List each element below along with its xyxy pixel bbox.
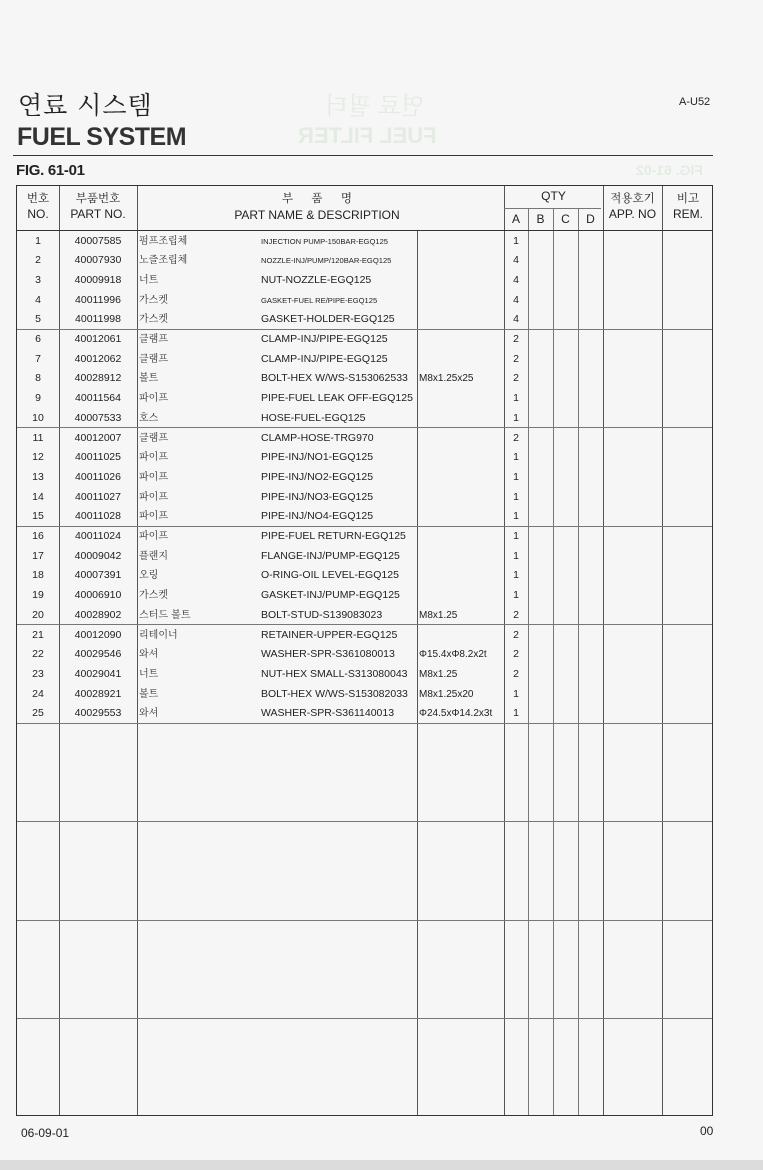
header-part-no: PART NO. bbox=[59, 207, 137, 222]
header-part-korean: 부품번호 bbox=[59, 191, 137, 206]
part-description: GASKET-HOLDER-EGQ125 bbox=[261, 310, 417, 330]
item-number: 8 bbox=[17, 369, 59, 389]
ghost-title-ko: 연료 필터 bbox=[325, 86, 424, 121]
part-name-korean: 오링 bbox=[139, 566, 257, 586]
qty-a: 1 bbox=[504, 448, 528, 468]
table-row: 2140012090리테이너RETAINER-UPPER-EGQ1252 bbox=[17, 626, 714, 646]
part-spec: M8x1.25x20 bbox=[419, 685, 505, 705]
part-description: GASKET-INJ/PUMP-EGQ125 bbox=[261, 586, 417, 606]
qty-a: 1 bbox=[504, 527, 528, 547]
part-number: 40028902 bbox=[59, 606, 137, 626]
part-number: 40011564 bbox=[59, 389, 137, 409]
qty-a: 1 bbox=[504, 586, 528, 606]
item-number: 19 bbox=[17, 586, 59, 606]
qty-a: 1 bbox=[504, 704, 528, 724]
part-spec bbox=[419, 488, 505, 508]
table-row: 840028912볼트BOLT-HEX W/WS-S153062533M8x1.… bbox=[17, 369, 714, 389]
part-name-korean: 와셔 bbox=[139, 704, 257, 724]
title-divider bbox=[13, 155, 713, 156]
part-number: 40007585 bbox=[59, 232, 137, 252]
item-number: 17 bbox=[17, 547, 59, 567]
part-number: 40009918 bbox=[59, 271, 137, 291]
part-name-korean: 파이프 bbox=[139, 448, 257, 468]
part-name-korean: 파이프 bbox=[139, 468, 257, 488]
qty-a: 2 bbox=[504, 665, 528, 685]
header-name-korean: 부 품 명 bbox=[137, 191, 497, 206]
header-app-korean: 적용호기 bbox=[603, 191, 662, 206]
part-spec bbox=[419, 310, 505, 330]
part-spec bbox=[419, 330, 505, 350]
header-remarks: REM. bbox=[662, 207, 714, 222]
part-name-korean: 볼트 bbox=[139, 685, 257, 705]
qty-a: 2 bbox=[504, 645, 528, 665]
part-spec bbox=[419, 429, 505, 449]
part-number: 40011024 bbox=[59, 527, 137, 547]
part-spec bbox=[419, 626, 505, 646]
part-name-korean: 파이프 bbox=[139, 527, 257, 547]
item-number: 15 bbox=[17, 507, 59, 527]
part-number: 40028921 bbox=[59, 685, 137, 705]
part-spec bbox=[419, 409, 505, 429]
qty-a: 1 bbox=[504, 507, 528, 527]
header-no: NO. bbox=[17, 207, 59, 222]
table-row: 1740009042플랜지FLANGE-INJ/PUMP-EGQ1251 bbox=[17, 547, 714, 567]
part-number: 40028912 bbox=[59, 369, 137, 389]
part-spec bbox=[419, 507, 505, 527]
header-qty: QTY bbox=[504, 189, 603, 204]
part-description: CLAMP-HOSE-TRG970 bbox=[261, 429, 417, 449]
qty-a: 2 bbox=[504, 350, 528, 370]
table-row: 1640011024파이프PIPE-FUEL RETURN-EGQ1251 bbox=[17, 527, 714, 547]
part-number: 40007533 bbox=[59, 409, 137, 429]
part-description: WASHER-SPR-S361080013 bbox=[261, 645, 417, 665]
part-description: WASHER-SPR-S361140013 bbox=[261, 704, 417, 724]
item-number: 7 bbox=[17, 350, 59, 370]
part-number: 40029553 bbox=[59, 704, 137, 724]
part-name-korean: 가스켓 bbox=[139, 586, 257, 606]
qty-a: 1 bbox=[504, 566, 528, 586]
part-description: HOSE-FUEL-EGQ125 bbox=[261, 409, 417, 429]
item-number: 11 bbox=[17, 429, 59, 449]
header-qty-d: D bbox=[578, 212, 603, 227]
page-code: A-U52 bbox=[679, 96, 710, 108]
item-number: 1 bbox=[17, 232, 59, 252]
qty-a: 1 bbox=[504, 389, 528, 409]
item-number: 5 bbox=[17, 310, 59, 330]
part-name-korean: 클램프 bbox=[139, 350, 257, 370]
part-description: PIPE-INJ/NO4-EGQ125 bbox=[261, 507, 417, 527]
part-description: PIPE-FUEL RETURN-EGQ125 bbox=[261, 527, 417, 547]
part-description: O-RING-OIL LEVEL-EGQ125 bbox=[261, 566, 417, 586]
part-name-korean: 클램프 bbox=[139, 429, 257, 449]
page-title: FUEL SYSTEM bbox=[17, 123, 186, 152]
part-description: BOLT-STUD-S139083023 bbox=[261, 606, 417, 626]
table-row: 2240029546와셔WASHER-SPR-S361080013Φ15.4xΦ… bbox=[17, 645, 714, 665]
header-qty-b: B bbox=[528, 212, 553, 227]
header-no-korean: 번호 bbox=[17, 191, 59, 206]
part-description: NUT-HEX SMALL-S313080043 bbox=[261, 665, 417, 685]
table-row: 1840007391오링O-RING-OIL LEVEL-EGQ1251 bbox=[17, 566, 714, 586]
part-name-korean: 펌프조립체 bbox=[139, 232, 257, 252]
item-number: 13 bbox=[17, 468, 59, 488]
item-number: 20 bbox=[17, 606, 59, 626]
part-spec bbox=[419, 448, 505, 468]
item-number: 18 bbox=[17, 566, 59, 586]
group-divider bbox=[17, 920, 712, 921]
parts-table: 번호 NO. 부품번호 PART NO. 부 품 명 PART NAME & D… bbox=[16, 185, 713, 1116]
item-number: 23 bbox=[17, 665, 59, 685]
table-row: 940011564파이프PIPE-FUEL LEAK OFF-EGQ1251 bbox=[17, 389, 714, 409]
part-name-korean: 리테이너 bbox=[139, 626, 257, 646]
qty-a: 4 bbox=[504, 291, 528, 311]
part-spec bbox=[419, 389, 505, 409]
part-name-korean: 가스켓 bbox=[139, 291, 257, 311]
table-row: 1240011025파이프PIPE-INJ/NO1-EGQ1251 bbox=[17, 448, 714, 468]
group-divider bbox=[17, 1018, 712, 1019]
item-number: 16 bbox=[17, 527, 59, 547]
part-spec bbox=[419, 291, 505, 311]
qty-a: 2 bbox=[504, 330, 528, 350]
qty-a: 2 bbox=[504, 429, 528, 449]
table-row: 340009918너트NUT-NOZZLE-EGQ1254 bbox=[17, 271, 714, 291]
part-description: NUT-NOZZLE-EGQ125 bbox=[261, 271, 417, 291]
header-qty-a: A bbox=[504, 212, 528, 227]
qty-a: 1 bbox=[504, 232, 528, 252]
header-part-name: PART NAME & DESCRIPTION bbox=[137, 208, 497, 223]
part-number: 40029041 bbox=[59, 665, 137, 685]
figure-label: FIG. 61-01 bbox=[16, 162, 85, 179]
part-name-korean: 스터드 볼트 bbox=[139, 606, 257, 626]
part-spec: M8x1.25 bbox=[419, 665, 505, 685]
part-spec bbox=[419, 566, 505, 586]
item-number: 6 bbox=[17, 330, 59, 350]
table-row: 1340011026파이프PIPE-INJ/NO2-EGQ1251 bbox=[17, 468, 714, 488]
table-row: 2340029041너트NUT-HEX SMALL-S313080043M8x1… bbox=[17, 665, 714, 685]
part-description: BOLT-HEX W/WS-S153062533 bbox=[261, 369, 417, 389]
item-number: 21 bbox=[17, 626, 59, 646]
part-description: RETAINER-UPPER-EGQ125 bbox=[261, 626, 417, 646]
part-spec: M8x1.25x25 bbox=[419, 369, 505, 389]
page-title-korean: 연료 시스템 bbox=[18, 86, 153, 122]
qty-a: 4 bbox=[504, 310, 528, 330]
footer-date: 06-09-01 bbox=[21, 1126, 69, 1140]
part-description: CLAMP-INJ/PIPE-EGQ125 bbox=[261, 350, 417, 370]
table-row: 440011996가스켓GASKET-FUEL RE/PIPE-EGQ1254 bbox=[17, 291, 714, 311]
part-number: 40009042 bbox=[59, 547, 137, 567]
part-spec bbox=[419, 547, 505, 567]
header-rem-korean: 비고 bbox=[662, 191, 714, 206]
part-spec bbox=[419, 350, 505, 370]
ghost-title-en: FUEL FILTER bbox=[298, 123, 437, 149]
footer-revision: 00 bbox=[700, 1124, 713, 1138]
table-row: 2040028902스터드 볼트BOLT-STUD-S139083023M8x1… bbox=[17, 606, 714, 626]
table-row: 1540011028파이프PIPE-INJ/NO4-EGQ1251 bbox=[17, 507, 714, 527]
part-name-korean: 클램프 bbox=[139, 330, 257, 350]
table-row: 1940006910가스켓GASKET-INJ/PUMP-EGQ1251 bbox=[17, 586, 714, 606]
item-number: 24 bbox=[17, 685, 59, 705]
part-name-korean: 너트 bbox=[139, 271, 257, 291]
part-spec bbox=[419, 527, 505, 547]
qty-a: 4 bbox=[504, 271, 528, 291]
part-description: INJECTION PUMP-150BAR-EGQ125 bbox=[261, 232, 417, 252]
part-name-korean: 너트 bbox=[139, 665, 257, 685]
part-number: 40007391 bbox=[59, 566, 137, 586]
part-number: 40029546 bbox=[59, 645, 137, 665]
part-number: 40006910 bbox=[59, 586, 137, 606]
qty-subheader-line bbox=[504, 208, 601, 209]
part-spec bbox=[419, 251, 505, 271]
part-description: PIPE-INJ/NO2-EGQ125 bbox=[261, 468, 417, 488]
part-number: 40007930 bbox=[59, 251, 137, 271]
part-description: CLAMP-INJ/PIPE-EGQ125 bbox=[261, 330, 417, 350]
table-row: 240007930노즐조립체NOZZLE-INJ/PUMP/120BAR-EGQ… bbox=[17, 251, 714, 271]
part-spec bbox=[419, 586, 505, 606]
part-spec: M8x1.25 bbox=[419, 606, 505, 626]
qty-a: 4 bbox=[504, 251, 528, 271]
part-name-korean: 파이프 bbox=[139, 488, 257, 508]
table-row: 1040007533호스HOSE-FUEL-EGQ1251 bbox=[17, 409, 714, 429]
part-description: PIPE-INJ/NO1-EGQ125 bbox=[261, 448, 417, 468]
part-name-korean: 파이프 bbox=[139, 507, 257, 527]
part-number: 40011996 bbox=[59, 291, 137, 311]
part-name-korean: 와셔 bbox=[139, 645, 257, 665]
part-description: FLANGE-INJ/PUMP-EGQ125 bbox=[261, 547, 417, 567]
scan-edge bbox=[0, 1160, 763, 1170]
item-number: 4 bbox=[17, 291, 59, 311]
table-row: 140007585펌프조립체INJECTION PUMP-150BAR-EGQ1… bbox=[17, 232, 714, 252]
item-number: 3 bbox=[17, 271, 59, 291]
table-row: 740012062클램프CLAMP-INJ/PIPE-EGQ1252 bbox=[17, 350, 714, 370]
item-number: 9 bbox=[17, 389, 59, 409]
qty-a: 2 bbox=[504, 369, 528, 389]
part-description: BOLT-HEX W/WS-S153082033 bbox=[261, 685, 417, 705]
item-number: 25 bbox=[17, 704, 59, 724]
qty-a: 1 bbox=[504, 547, 528, 567]
part-number: 40011027 bbox=[59, 488, 137, 508]
part-number: 40011026 bbox=[59, 468, 137, 488]
part-number: 40012061 bbox=[59, 330, 137, 350]
table-row: 2540029553와셔WASHER-SPR-S361140013Φ24.5xΦ… bbox=[17, 704, 714, 724]
qty-a: 2 bbox=[504, 606, 528, 626]
qty-a: 2 bbox=[504, 626, 528, 646]
qty-a: 1 bbox=[504, 488, 528, 508]
part-number: 40011025 bbox=[59, 448, 137, 468]
part-name-korean: 노즐조립체 bbox=[139, 251, 257, 271]
header-qty-c: C bbox=[553, 212, 578, 227]
header-app-no: APP. NO bbox=[603, 207, 662, 222]
part-description: GASKET-FUEL RE/PIPE-EGQ125 bbox=[261, 291, 417, 311]
item-number: 12 bbox=[17, 448, 59, 468]
part-name-korean: 파이프 bbox=[139, 389, 257, 409]
part-description: PIPE-INJ/NO3-EGQ125 bbox=[261, 488, 417, 508]
item-number: 22 bbox=[17, 645, 59, 665]
part-name-korean: 가스켓 bbox=[139, 310, 257, 330]
part-number: 40011028 bbox=[59, 507, 137, 527]
item-number: 2 bbox=[17, 251, 59, 271]
table-row: 1440011027파이프PIPE-INJ/NO3-EGQ1251 bbox=[17, 488, 714, 508]
table-row: 1140012007클램프CLAMP-HOSE-TRG9702 bbox=[17, 429, 714, 449]
part-description: PIPE-FUEL LEAK OFF-EGQ125 bbox=[261, 389, 417, 409]
part-name-korean: 볼트 bbox=[139, 369, 257, 389]
table-row: 640012061클램프CLAMP-INJ/PIPE-EGQ1252 bbox=[17, 330, 714, 350]
part-spec bbox=[419, 232, 505, 252]
part-spec bbox=[419, 271, 505, 291]
part-number: 40012062 bbox=[59, 350, 137, 370]
part-name-korean: 호스 bbox=[139, 409, 257, 429]
part-spec: Φ15.4xΦ8.2x2t bbox=[419, 645, 505, 665]
part-spec bbox=[419, 468, 505, 488]
part-number: 40011998 bbox=[59, 310, 137, 330]
ghost-figure: FIG. 61-02 bbox=[636, 162, 703, 178]
group-divider bbox=[17, 821, 712, 822]
item-number: 10 bbox=[17, 409, 59, 429]
qty-a: 1 bbox=[504, 685, 528, 705]
part-name-korean: 플랜지 bbox=[139, 547, 257, 567]
part-spec: Φ24.5xΦ14.2x3t bbox=[419, 704, 505, 724]
part-number: 40012090 bbox=[59, 626, 137, 646]
item-number: 14 bbox=[17, 488, 59, 508]
table-row: 2440028921볼트BOLT-HEX W/WS-S153082033M8x1… bbox=[17, 685, 714, 705]
table-row: 540011998가스켓GASKET-HOLDER-EGQ1254 bbox=[17, 310, 714, 330]
part-number: 40012007 bbox=[59, 429, 137, 449]
qty-a: 1 bbox=[504, 468, 528, 488]
part-description: NOZZLE-INJ/PUMP/120BAR-EGQ125 bbox=[261, 251, 417, 271]
qty-a: 1 bbox=[504, 409, 528, 429]
